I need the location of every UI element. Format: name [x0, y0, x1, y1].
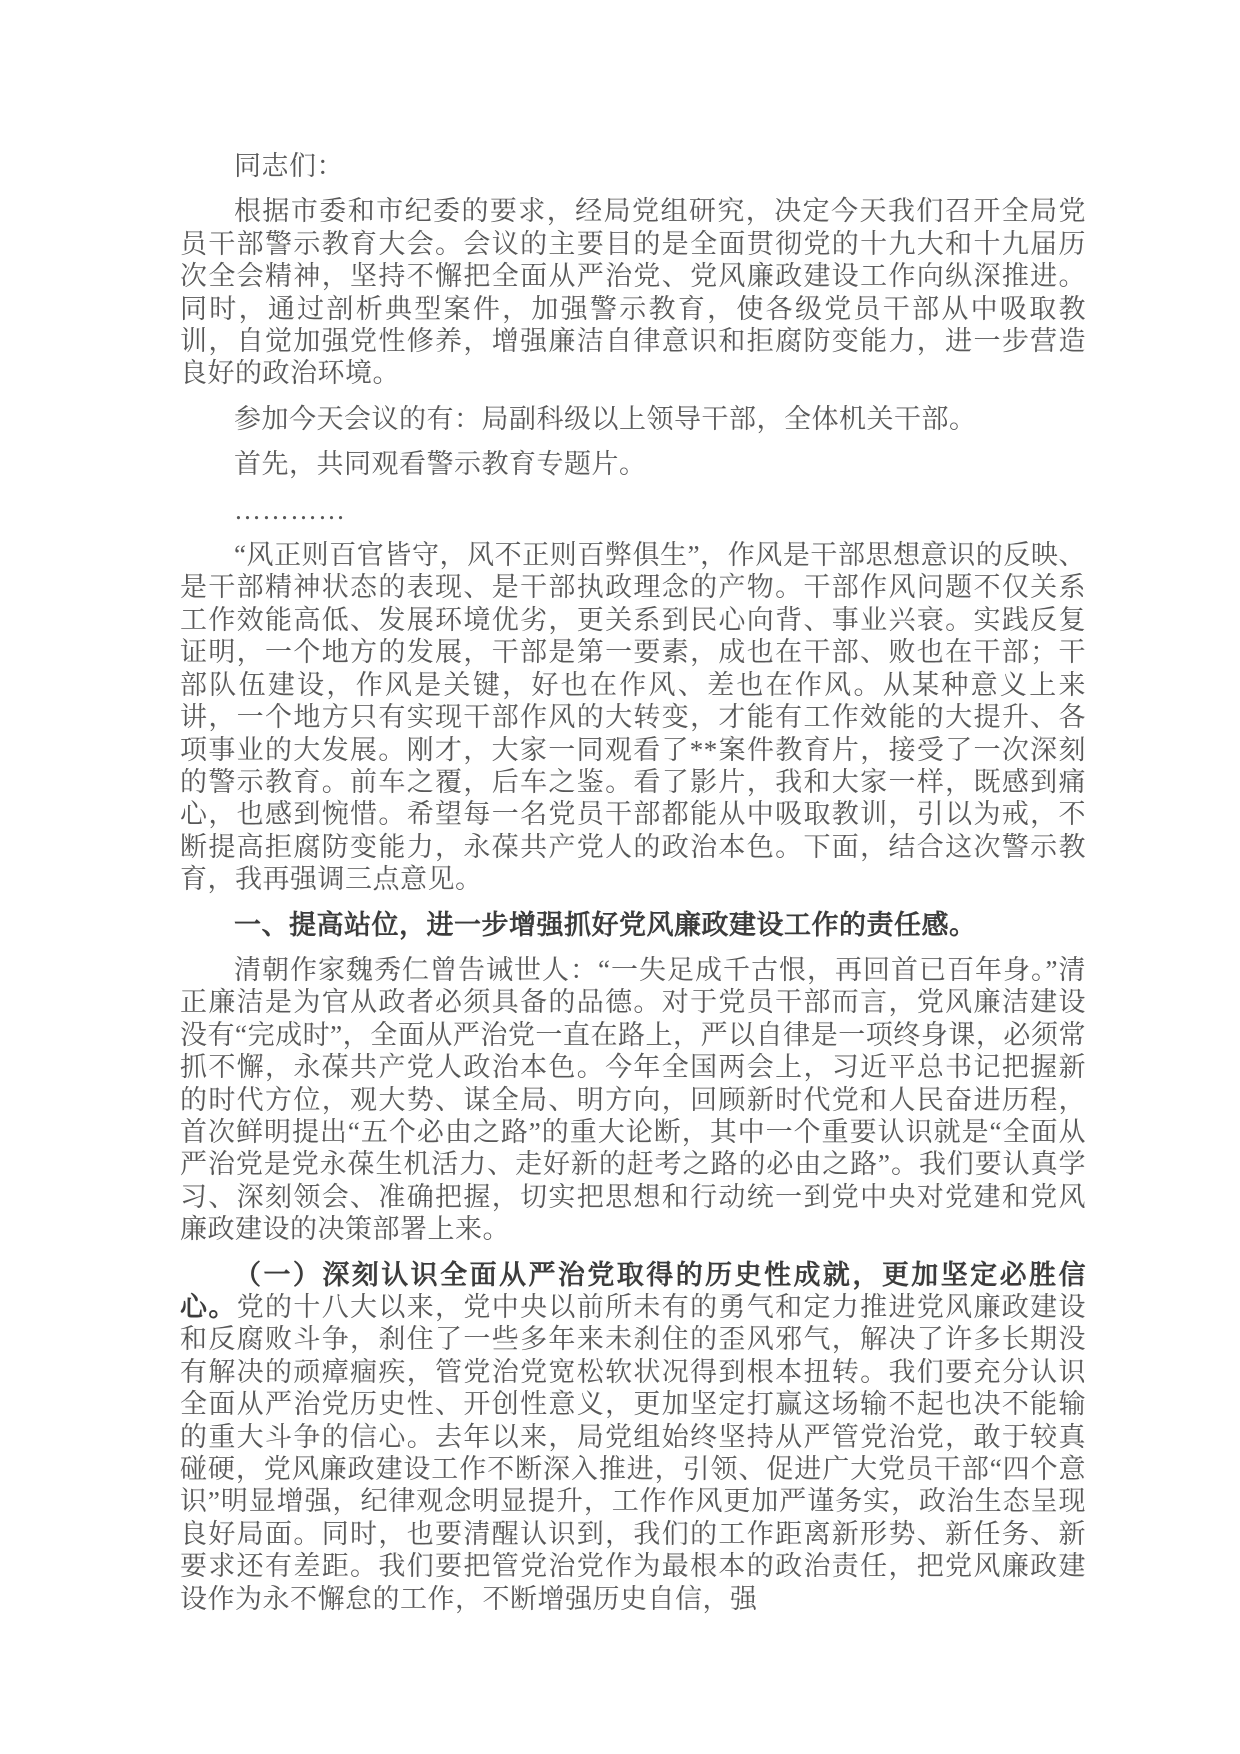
- paragraph-opening: 根据市委和市纪委的要求，经局党组研究，决定今天我们召开全局党员干部警示教育大会。…: [180, 195, 1086, 389]
- document-page: 同志们： 根据市委和市纪委的要求，经局党组研究，决定今天我们召开全局党员干部警示…: [0, 0, 1240, 1754]
- subsection-1-body: 党的十八大以来，党中央以前所未有的勇气和定力推进党风廉政建设和反腐败斗争，刹住了…: [180, 1292, 1086, 1614]
- paragraph-integrity: 清朝作家魏秀仁曾告诫世人：“一失足成千古恨，再回首已百年身。”清正廉洁是为官从政…: [180, 954, 1086, 1246]
- salutation: 同志们：: [180, 150, 1086, 182]
- ellipsis-placeholder: …………: [180, 494, 1086, 526]
- paragraph-subsection-1: （一）深刻认识全面从严治党取得的历史性成就，更加坚定必胜信心。党的十八大以来，党…: [180, 1259, 1086, 1615]
- paragraph-attendees: 参加今天会议的有：局副科级以上领导干部，全体机关干部。: [180, 403, 1086, 435]
- paragraph-film-intro: 首先，共同观看警示教育专题片。: [180, 448, 1086, 480]
- section-heading-1: 一、提高站位，进一步增强抓好党风廉政建设工作的责任感。: [180, 909, 1086, 941]
- paragraph-work-style: “风正则百官皆守，风不正则百弊俱生”，作风是干部思想意识的反映、是干部精神状态的…: [180, 539, 1086, 895]
